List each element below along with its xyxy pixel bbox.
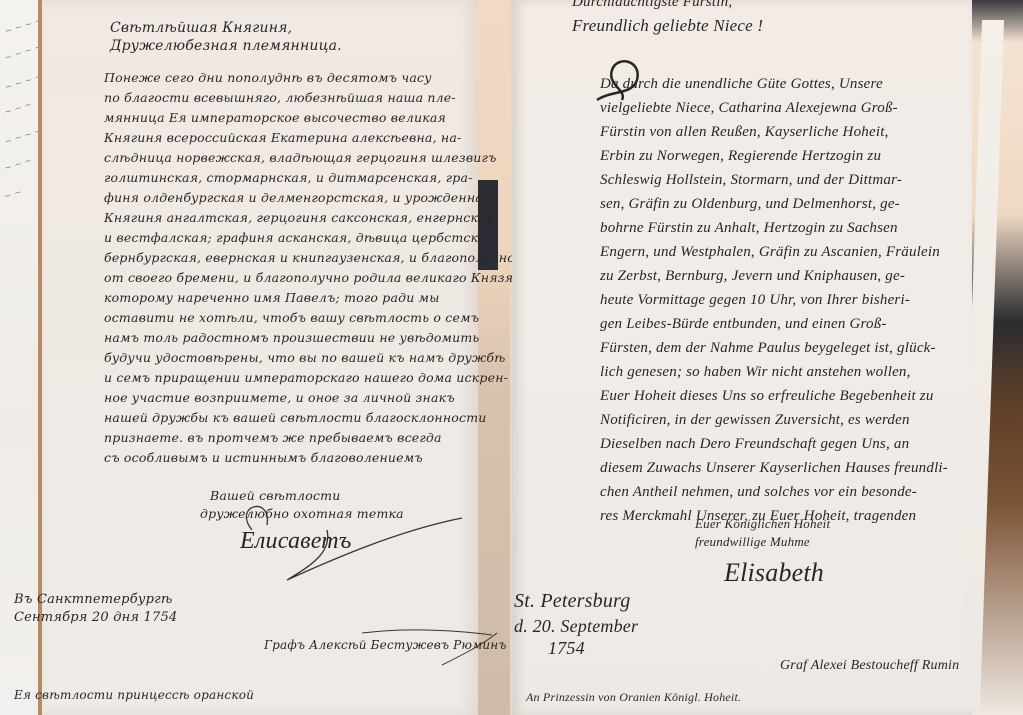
body-line: Notificiren, in der gewissen Zuversicht,… [600,412,910,429]
signature-elisabeth: Elisabeth [724,558,824,588]
background-handwritten-sheet: ~ ~ ~ ~ ~ ~ ~ ~ ~ ~ ~ ~ ~ ~ ~ ~ ~ ~ ~ ~ … [0,0,40,715]
body-line: Dieselben nach Dero Freundschaft gegen U… [600,436,909,453]
body-line: chen Antheil nehmen, und solches vor ein… [600,484,917,501]
date-line: d. 20. September [514,616,638,637]
body-line: Euer Hoheit dieses Uns so erfreuliche Be… [600,388,934,405]
countersignature-flourish-icon [322,625,502,675]
body-line: Erbin zu Norwegen, Regierende Hertzogin … [600,148,881,165]
signature-flourish-icon [232,500,492,590]
closing-line: Euer Königlichen Hoheit [695,516,830,532]
body-line: Engern, und Westphalen, Gräfin zu Ascani… [600,244,940,261]
body-line: слѣдница норвежская, владѣющая герцогиня… [104,150,497,165]
closing-line: freundwillige Muhme [695,534,810,550]
countersignature: Graf Alexei Bestoucheff Rumin [780,658,959,674]
body-line: vielgeliebte Niece, Catharina Alexejewna… [600,100,898,117]
body-line: Fürsten, dem der Nahme Paulus beygeleget… [600,340,936,357]
body-line: намъ толь радостномъ произшествии не увѣ… [104,330,479,345]
body-line: нашей дружбы къ вашей свѣтлости благоскл… [104,410,487,425]
place-line: Въ Санктпетербургѣ [14,592,173,607]
salutation-line: Свѣтлѣйшая Княгиня, [110,20,292,36]
body-line: Княгиня всероссийская Екатерина алексѣев… [104,130,461,145]
body-line: по благости всевышняго, любезнѣйшая наша… [104,90,456,105]
body-line: Da durch die unendliche Güte Gottes, Uns… [600,76,883,93]
body-line: ное участие возприимете, и оное за лично… [104,390,455,405]
address-line: Ея свѣтлости принцессѣ оранской [14,688,254,702]
salutation-line: Freundlich geliebte Niece ! [572,16,763,36]
body-line: Schleswig Hollstein, Stormarn, und der D… [600,172,902,189]
body-line: съ особливымъ и истиннымъ благоволениемъ [104,450,423,465]
body-line: будучи удостовѣрены, что вы по вашей къ … [104,350,505,365]
body-line: оставити не хотѣли, чтобъ вашу свѣтлость… [104,310,479,325]
year-line: 1754 [548,638,585,659]
body-line: от своего бремени, и благополучно родила… [104,270,517,285]
body-line: и семъ приращении императорскаго нашего … [104,370,508,385]
body-line: бернбургская, евернская и книпгаузенская… [104,250,515,265]
body-line: zu Zerbst, Bernburg, Jevern und Kniphaus… [600,268,905,285]
body-line: gen Leibes-Bürde entbunden, und einen Gr… [600,316,887,333]
salutation-line: Дружелюбезная племянница. [110,38,342,54]
place-line: St. Petersburg [514,590,631,613]
date-line: Сентября 20 дня 1754 [14,610,177,625]
document-photo: ~ ~ ~ ~ ~ ~ ~ ~ ~ ~ ~ ~ ~ ~ ~ ~ ~ ~ ~ ~ … [0,0,1023,715]
body-line: Fürstin von allen Reußen, Kayserliche Ho… [600,124,889,141]
body-line: sen, Gräfin zu Oldenburg, und Delmenhors… [600,196,900,213]
salutation-line: Durchlauchtigste Fürstin, [572,0,732,11]
body-line: признаете. въ протчемъ же пребываемъ все… [104,430,442,445]
body-line: heute Vormittage gegen 10 Uhr, von Ihrer… [600,292,910,309]
body-line: голштинская, стормарнская, и дитмарсенск… [104,170,473,185]
body-line: и вестфалская; графиня асканская, дѣвица… [104,230,494,245]
body-line: lich genesen; so haben Wir nicht anstehe… [600,364,911,381]
address-line: An Prinzessin von Oranien Königl. Hoheit… [526,690,741,705]
body-line: diesem Zuwachs Unserer Kayserlichen Haus… [600,460,948,477]
body-line: которому нареченно имя Павелъ; того ради… [104,290,440,305]
german-letter-page: Durchlauchtigste Fürstin, Freundlich gel… [512,0,972,715]
body-line: финя олденбургская и делменгорстская, и … [104,190,491,205]
body-line: bohrne Fürstin zu Anhalt, Hertzogin zu S… [600,220,898,237]
body-line: Понеже сего дни пополуднѣ въ десятомъ ча… [104,70,432,85]
body-line: мянница Ея императорское высочество вели… [104,110,446,125]
russian-letter-page: Свѣтлѣйшая Княгиня, Дружелюбезная племян… [38,0,478,715]
body-line: Княгиня ангалтская, герцогиня саксонская… [104,210,494,225]
